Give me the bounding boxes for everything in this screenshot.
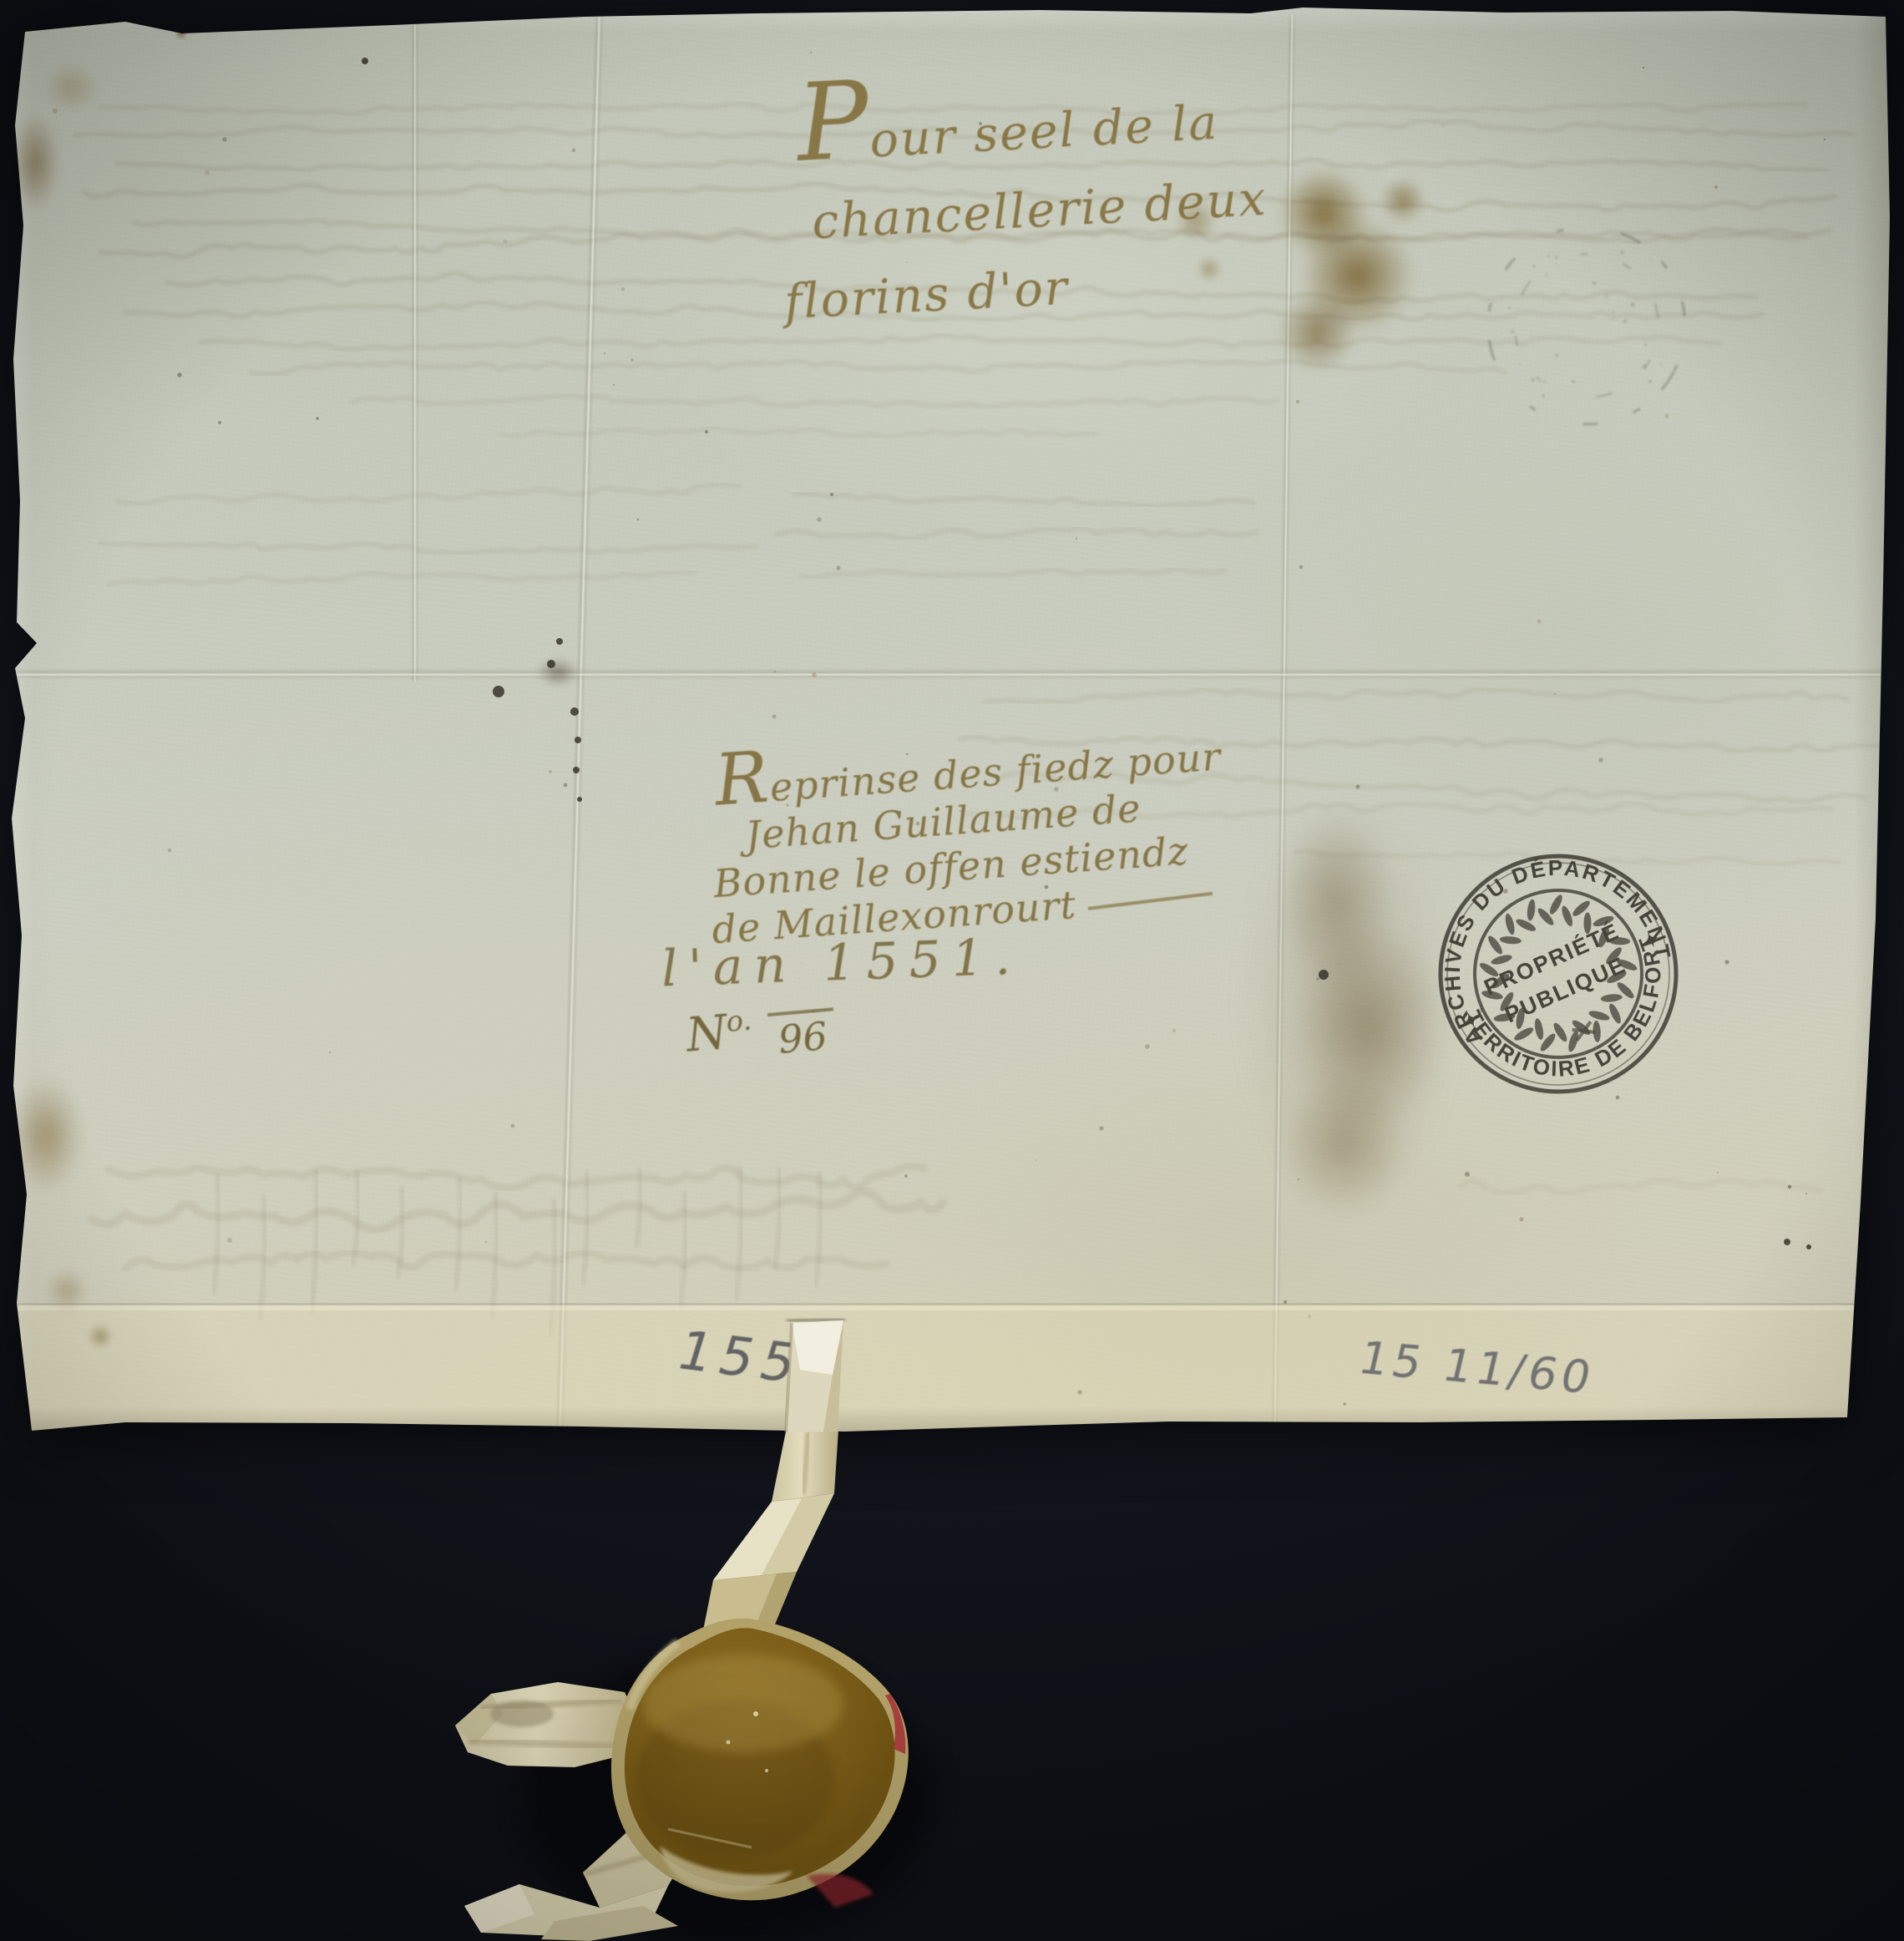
faint-stamp-speckle bbox=[1519, 362, 1522, 366]
speckle bbox=[1356, 785, 1360, 789]
speckle bbox=[830, 493, 833, 496]
faint-stamp-speckle bbox=[1619, 249, 1625, 255]
speckle bbox=[817, 517, 822, 522]
speckle bbox=[637, 519, 640, 521]
speckle bbox=[836, 565, 840, 570]
faint-stamp-speckle bbox=[1649, 258, 1652, 261]
speckle bbox=[630, 358, 634, 362]
speckle bbox=[1343, 1402, 1345, 1405]
faint-stamp-speckle bbox=[1511, 330, 1515, 334]
parchment-hole bbox=[547, 660, 555, 668]
faint-stamp-speckle bbox=[1530, 378, 1535, 383]
speckle bbox=[1316, 977, 1319, 980]
speckle bbox=[1664, 413, 1669, 418]
speckle bbox=[1284, 1300, 1287, 1304]
speckle bbox=[564, 783, 568, 788]
faint-stamp-speckle bbox=[1611, 310, 1616, 315]
speckle bbox=[504, 240, 508, 244]
speckle bbox=[1537, 620, 1542, 624]
speckle bbox=[1824, 139, 1826, 140]
parchment-hole bbox=[1319, 970, 1329, 980]
speckle bbox=[1724, 960, 1729, 964]
speckle bbox=[1554, 693, 1557, 696]
speckle bbox=[1077, 1390, 1081, 1394]
speckle bbox=[1145, 1044, 1150, 1049]
parchment-document: ARCHIVES DU DÉPARTEMENT TERRITOIRE DE BE… bbox=[0, 0, 1904, 1941]
parchment-hole bbox=[556, 638, 563, 645]
photo-backdrop: ARCHIVES DU DÉPARTEMENT TERRITOIRE DE BE… bbox=[0, 0, 1904, 1941]
speckle bbox=[222, 137, 227, 142]
speckle bbox=[774, 671, 777, 673]
faint-stamp-speckle bbox=[1630, 302, 1635, 307]
number-note-value: 96 bbox=[767, 1007, 837, 1063]
parchment-hole bbox=[575, 737, 581, 743]
faint-stamp-speckle bbox=[1604, 294, 1609, 299]
speckle bbox=[1296, 400, 1299, 403]
parchment-verso: ARCHIVES DU DÉPARTEMENT TERRITOIRE DE BE… bbox=[0, 0, 1904, 1941]
faint-stamp-speckle bbox=[1544, 272, 1549, 277]
speckle bbox=[177, 372, 181, 377]
faint-stamp-speckle bbox=[1543, 380, 1547, 383]
speckle bbox=[1308, 1315, 1311, 1318]
speckle bbox=[1598, 758, 1603, 763]
faint-stamp-speckle bbox=[1532, 265, 1536, 268]
speckle bbox=[812, 672, 817, 677]
parchment-hole bbox=[362, 58, 368, 64]
speckle bbox=[205, 170, 210, 175]
faint-stamp-speckle bbox=[1530, 334, 1532, 337]
parchment-hole bbox=[570, 707, 579, 716]
faint-stamp-speckle bbox=[1644, 343, 1648, 347]
chancery-fee-note: Pour seel de la chancellerie deux florin… bbox=[767, 80, 1280, 342]
speckle bbox=[1465, 1172, 1470, 1177]
speckle bbox=[329, 1052, 332, 1054]
speckle bbox=[904, 1174, 908, 1178]
speckle bbox=[53, 109, 58, 114]
speckle bbox=[613, 384, 615, 386]
speckle bbox=[810, 52, 812, 53]
faint-stamp-speckle bbox=[1542, 393, 1546, 398]
faint-stamp-speckle bbox=[1592, 281, 1597, 286]
speckle bbox=[1076, 538, 1077, 540]
speckle bbox=[1805, 1193, 1807, 1194]
number-note: No. 96 bbox=[684, 996, 838, 1070]
speckle bbox=[1299, 565, 1303, 569]
speckle bbox=[1788, 1185, 1791, 1188]
faint-stamp-speckle bbox=[1547, 254, 1551, 258]
parchment-hole bbox=[1784, 1239, 1790, 1245]
speckle bbox=[316, 417, 318, 419]
parchment-hole bbox=[577, 797, 582, 802]
speckle bbox=[572, 149, 576, 153]
speckle bbox=[1616, 1096, 1620, 1100]
speckle bbox=[1298, 1178, 1299, 1180]
speckle bbox=[1099, 1126, 1103, 1130]
speckle bbox=[621, 287, 625, 291]
speckle bbox=[549, 770, 552, 773]
faint-stamp-speckle bbox=[1553, 255, 1558, 260]
speckle bbox=[1717, 1172, 1719, 1173]
faint-stamp-speckle bbox=[1571, 379, 1576, 384]
speckle bbox=[485, 1241, 488, 1244]
faint-stamp-speckle bbox=[1507, 306, 1512, 310]
faint-stamp-speckle bbox=[1554, 353, 1559, 358]
parchment-hole bbox=[1806, 1244, 1811, 1249]
faint-stamp-speckle bbox=[1648, 379, 1652, 383]
speckle bbox=[168, 849, 172, 853]
faint-stamp-speckle bbox=[1623, 318, 1628, 323]
speckle bbox=[511, 1124, 515, 1128]
speckle bbox=[218, 421, 221, 424]
parchment-hole bbox=[573, 767, 580, 773]
speckle bbox=[1172, 1029, 1176, 1032]
speckle bbox=[705, 430, 708, 433]
speckle bbox=[1714, 185, 1718, 189]
speckle bbox=[1643, 67, 1644, 68]
parchment-hole bbox=[493, 686, 504, 697]
speckle bbox=[1036, 1159, 1037, 1161]
number-note-prefix: No. bbox=[684, 1003, 755, 1063]
speckle bbox=[1520, 1218, 1524, 1222]
speckle bbox=[227, 1238, 232, 1243]
speckle bbox=[604, 352, 605, 354]
speckle bbox=[772, 715, 777, 719]
